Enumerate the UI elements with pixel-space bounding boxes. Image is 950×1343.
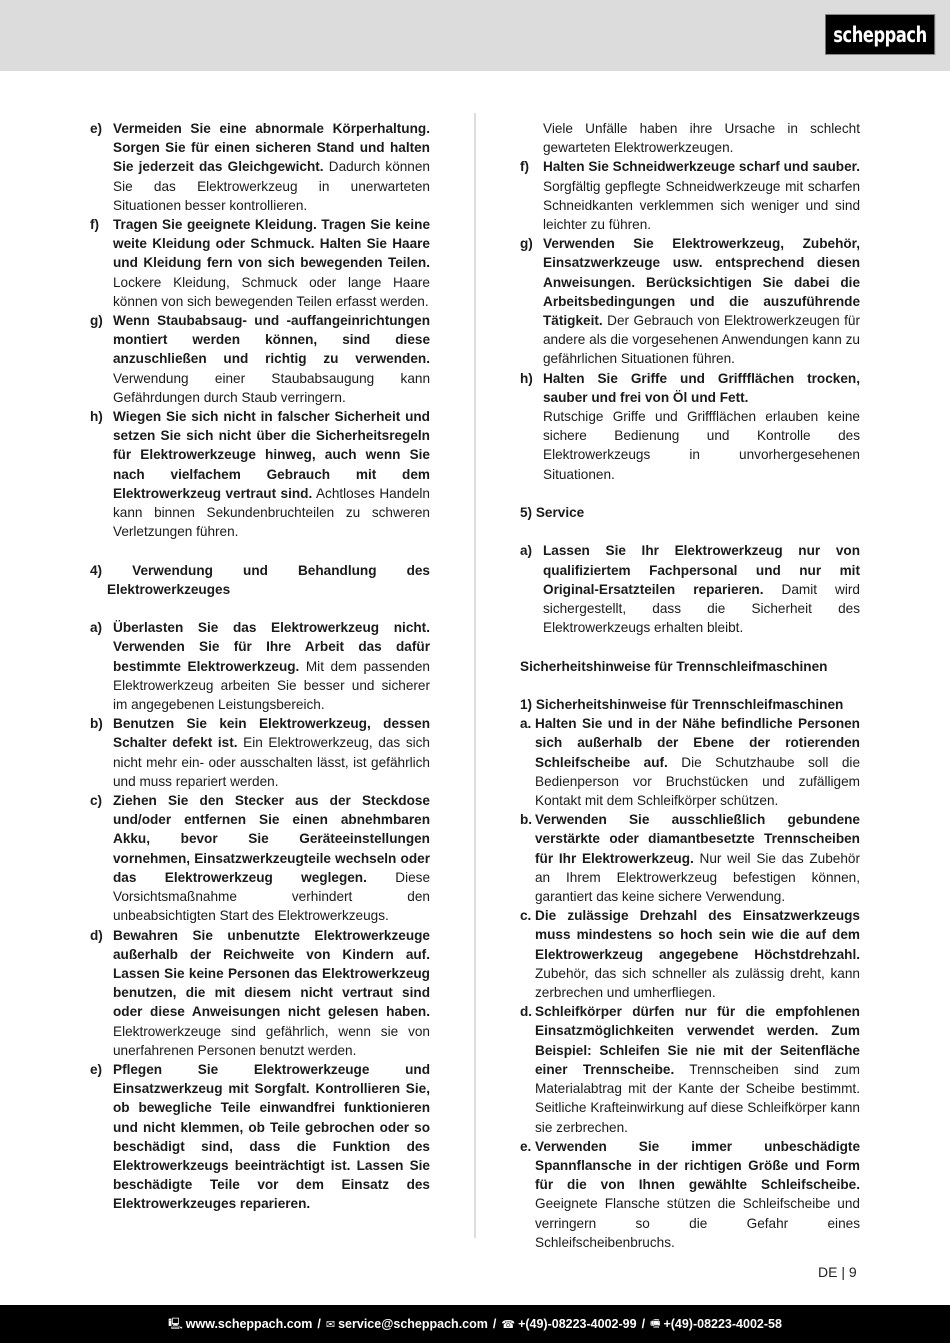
- t-list-item-b: b.Verwenden Sie ausschließlich gebundene…: [520, 810, 860, 906]
- item-text: Elektrowerkzeuge sind gefährlich, wenn s…: [113, 1024, 430, 1058]
- trennschleif-subheading: 1) Sicherheitshinweise für Trennschleifm…: [520, 695, 860, 714]
- footer-separator: /: [642, 1317, 645, 1331]
- s4-list-item-d: d)Bewahren Sie unbenutzte Elektrowerkzeu…: [90, 926, 430, 1060]
- phone-icon: ☎: [501, 1318, 515, 1331]
- item-label: b.: [520, 810, 532, 829]
- item-label: a): [90, 618, 102, 637]
- item-bold-text: Wenn Staubabsaug- und -auffangeinrichtun…: [113, 313, 430, 366]
- header-band: [0, 0, 950, 71]
- item-text: Sorgfältig gepflegte Schneidwerkzeuge mi…: [543, 179, 860, 232]
- s4-list-item-h: h)Halten Sie Griffe und Griffflächen tro…: [520, 369, 860, 484]
- right-column: Viele Unfälle haben ihre Ursache in schl…: [520, 119, 860, 1252]
- item-text: Rutschige Griffe und Griffflächen erlaub…: [543, 409, 860, 482]
- item-label: h): [520, 369, 533, 388]
- footer-bar: 🖳 www.scheppach.com / ✉ service@scheppac…: [0, 1305, 950, 1343]
- item-label: e): [90, 119, 102, 138]
- fax-icon: 🖷: [650, 1315, 660, 1334]
- s4-list-item-a: a)Überlasten Sie das Elektrowerkzeug nic…: [90, 618, 430, 714]
- mail-icon: ✉: [326, 1318, 335, 1331]
- list-item-f: f)Tragen Sie geeignete Kleidung. Tragen …: [90, 215, 430, 311]
- item-label: b): [90, 714, 103, 733]
- scheppach-logo: scheppach: [825, 14, 935, 55]
- column-divider: [474, 113, 476, 1238]
- continuation-text: Viele Unfälle haben ihre Ursache in schl…: [520, 119, 860, 157]
- s4-list-item-g: g)Verwenden Sie Elektrowerkzeug, Zubehör…: [520, 234, 860, 368]
- item-bold-text: Bewahren Sie unbenutzte Elektrowerkzeuge…: [113, 928, 430, 1020]
- s4-list-item-f: f)Halten Sie Schneidwerkzeuge scharf und…: [520, 157, 860, 234]
- item-label: d): [90, 926, 103, 945]
- footer-email-link[interactable]: service@scheppach.com: [338, 1317, 488, 1331]
- item-label: e): [90, 1060, 102, 1079]
- item-text: Lockere Kleidung, Schmuck oder lange Haa…: [113, 275, 430, 309]
- t-list-item-e: e.Verwenden Sie immer unbeschädigte Span…: [520, 1137, 860, 1252]
- footer-separator: /: [317, 1317, 320, 1331]
- item-text: Geeignete Flansche stützen die Schleifsc…: [535, 1196, 860, 1249]
- item-label: f): [90, 215, 99, 234]
- footer-separator: /: [493, 1317, 496, 1331]
- t-list-item-c: c.Die zulässige Drehzahl des Einsatzwerk…: [520, 906, 860, 1002]
- trennschleif-heading: Sicherheitshinweise für Trennschleifmasc…: [520, 657, 860, 676]
- section-5-heading: 5) Service: [520, 503, 860, 522]
- item-label: e.: [520, 1137, 531, 1156]
- t-list-item-d: d.Schleifkörper dürfen nur für die empfo…: [520, 1002, 860, 1136]
- s4-list-item-c: c)Ziehen Sie den Stecker aus der Steckdo…: [90, 791, 430, 925]
- item-bold-text: Tragen Sie geeignete Kleidung. Tragen Si…: [113, 217, 430, 270]
- item-text: Zubehör, das sich schneller als zulässig…: [535, 966, 860, 1000]
- item-label: g): [90, 311, 103, 330]
- s4-list-item-b: b)Benutzen Sie kein Elektrowerkzeug, des…: [90, 714, 430, 791]
- logo-text: scheppach: [833, 23, 926, 47]
- list-item-g: g)Wenn Staubabsaug- und -auffangeinricht…: [90, 311, 430, 407]
- list-item-h: h)Wiegen Sie sich nicht in falscher Sich…: [90, 407, 430, 541]
- t-list-item-a: a.Halten Sie und in der Nähe befindliche…: [520, 714, 860, 810]
- item-bold-text: Die zulässige Drehzahl des Einsatzwerkze…: [535, 908, 860, 961]
- footer-website-link[interactable]: www.scheppach.com: [186, 1317, 313, 1331]
- item-bold-text: Halten Sie Griffe und Griffflächen trock…: [543, 371, 860, 405]
- page-number: DE | 9: [818, 1264, 857, 1280]
- item-label: a): [520, 541, 532, 560]
- section-4-heading: 4) Verwendung und Behandlung des Elektro…: [90, 561, 430, 599]
- item-label: a.: [520, 714, 531, 733]
- item-bold-text: Verwenden Sie immer unbeschädigte Spannf…: [535, 1139, 860, 1192]
- list-item-e: e)Vermeiden Sie eine abnormale Körperhal…: [90, 119, 430, 215]
- item-label: c): [90, 791, 102, 810]
- footer-phone: +(49)-08223-4002-99: [518, 1317, 637, 1331]
- item-label: c.: [520, 906, 531, 925]
- item-bold-text: Pflegen Sie Elektrowerkzeuge und Einsatz…: [113, 1062, 430, 1211]
- item-label: f): [520, 157, 529, 176]
- item-label: g): [520, 234, 533, 253]
- computer-icon: 🖳: [168, 1315, 183, 1334]
- item-bold-text: Halten Sie Schneidwerkzeuge scharf und s…: [543, 159, 860, 174]
- item-text: Verwendung einer Staubabsaugung kann Gef…: [113, 371, 430, 405]
- left-column: e)Vermeiden Sie eine abnormale Körperhal…: [90, 119, 430, 1214]
- s5-list-item-a: a)Lassen Sie Ihr Elektrowerkzeug nur von…: [520, 541, 860, 637]
- item-label: h): [90, 407, 103, 426]
- s4-list-item-e: e)Pflegen Sie Elektrowerkzeuge und Einsa…: [90, 1060, 430, 1214]
- footer-fax: +(49)-08223-4002-58: [663, 1317, 782, 1331]
- item-label: d.: [520, 1002, 532, 1021]
